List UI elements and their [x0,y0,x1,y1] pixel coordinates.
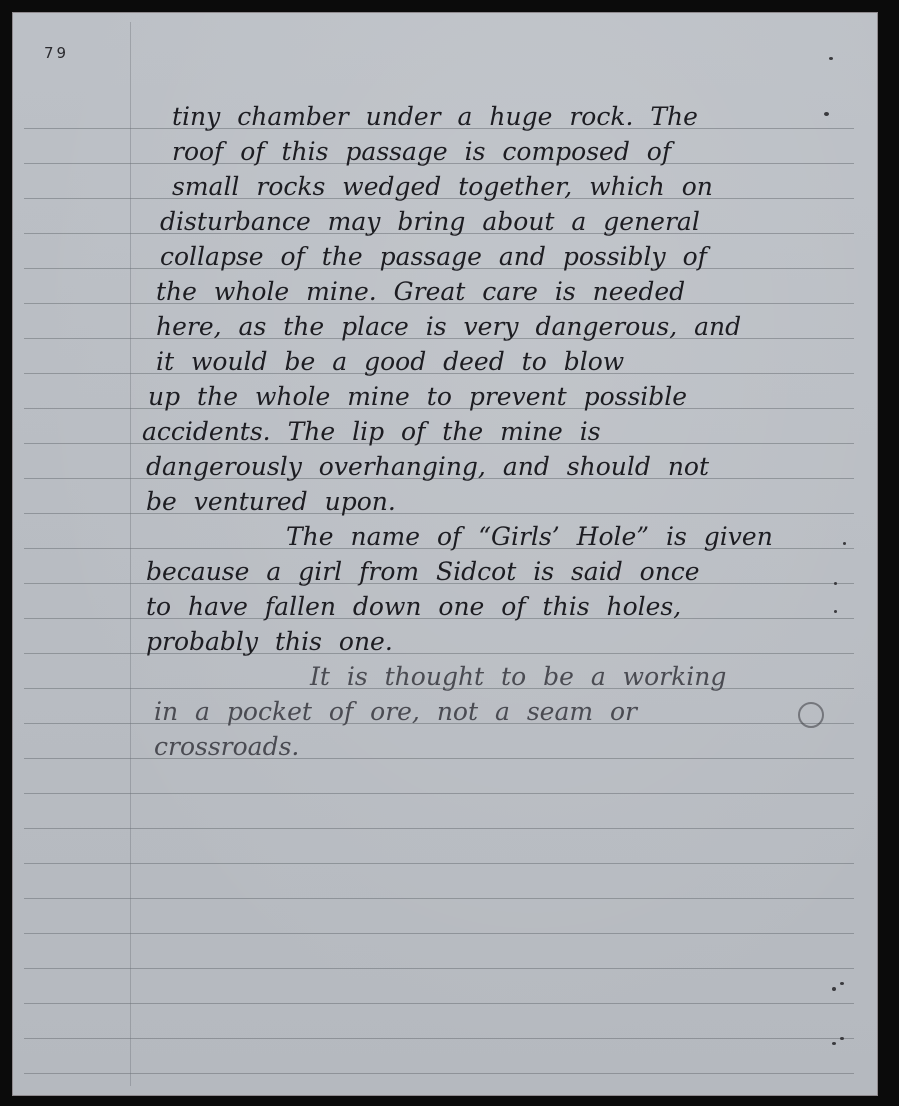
ruled-line [24,1038,854,1039]
ruled-line [24,968,854,969]
text-line: be ventured upon. [146,487,396,517]
text-line: crossroads. [154,732,299,762]
ruled-line [24,933,854,934]
handwritten-page: 79 tiny chamber under a huge rock. The r… [12,12,878,1096]
margin-rule [130,22,131,1086]
ruled-line [24,898,854,899]
text-line: because a girl from Sidcot is said once [146,557,700,587]
ink-spot [834,610,837,613]
text-line: dangerously overhanging, and should not [146,452,709,482]
text-line: it would be a good deed to blow [156,347,624,377]
text-line: roof of this passage is composed of [172,137,671,167]
ruled-line [24,793,854,794]
ink-spot [834,582,837,585]
ink-spot [840,982,844,985]
ruled-line [24,1073,854,1074]
ink-spot [832,987,836,991]
punch-hole-mark [798,702,824,728]
text-line: in a pocket of ore, not a seam or [154,697,637,727]
text-line: the whole mine. Great care is needed [156,277,685,307]
page-number: 79 [44,44,69,62]
text-line: accidents. The lip of the mine is [142,417,601,447]
text-line: tiny chamber under a huge rock. The [172,102,698,132]
ruled-line [24,758,854,759]
text-line: here, as the place is very dangerous, an… [156,312,741,342]
text-line: It is thought to be a working [310,662,726,692]
text-line: small rocks wedged together, which on [172,172,713,202]
ink-spot [840,1037,844,1040]
text-line: collapse of the passage and possibly of [160,242,707,272]
text-line: The name of “Girls’ Hole” is given [286,522,773,552]
text-line: disturbance may bring about a general [160,207,700,237]
ink-spot [829,57,833,60]
ruled-line [24,1003,854,1004]
ruled-line [24,863,854,864]
text-line: probably this one. [146,627,393,657]
ruled-line [24,828,854,829]
ink-spot [824,112,829,116]
text-line: up the whole mine to prevent possible [148,382,687,412]
text-line: to have fallen down one of this holes, [146,592,681,622]
ink-spot [832,1042,836,1045]
ink-spot [843,542,846,545]
